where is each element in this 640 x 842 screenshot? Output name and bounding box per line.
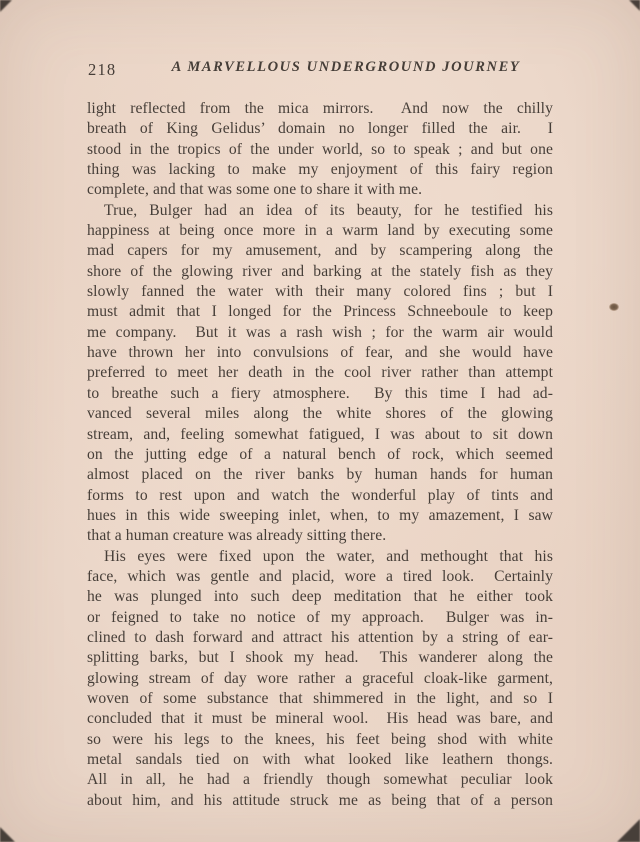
text-line: so were his legs to the knees, his feet … [87,730,553,750]
text-line: True, Bulger had an idea of its beauty, … [87,201,553,221]
text-line: he was plunged into such deep meditation… [87,587,553,607]
text-line: complete, and that was some one to share… [87,180,553,200]
text-line: me company. But it was a rash wish ; for… [87,323,553,343]
text-line: metal sandals tied on with what looked l… [87,750,553,770]
page-corner-shadow-bottom-left [0,827,15,842]
text-line: face, which was gentle and placid, wore … [87,567,553,587]
text-line: mad capers for my amusement, and by scam… [87,241,553,261]
text-line: stream, and, feeling somewhat fatigued, … [87,425,553,445]
text-line: woven of some substance that shimmered i… [87,689,553,709]
text-line: splitting barks, but I shook my head. Th… [87,648,553,668]
text-line: clined to dash forward and attract his a… [87,628,553,648]
book-page: 218 A MARVELLOUS UNDERGROUND JOURNEY lig… [0,0,640,842]
text-line: about him, and his attitude struck me as… [87,791,553,811]
text-line: vanced several miles along the white sho… [87,404,553,424]
text-line: or feigned to take no notice of my appro… [87,608,553,628]
page-corner-shadow-top-right [629,0,640,11]
page-header: 218 A MARVELLOUS UNDERGROUND JOURNEY [88,59,552,81]
text-line: breath of King Gelidus’ domain no longer… [87,119,553,139]
page-number: 218 [88,60,116,80]
page-corner-shadow-top-left [0,0,12,12]
text-line: to breathe such a fiery atmosphere. By t… [87,384,553,404]
text-line: concluded that it must be mineral wool. … [87,709,553,729]
text-line: slowly fanned the water with their many … [87,282,553,302]
text-line: happiness at being once more in a warm l… [87,221,553,241]
paragraph: His eyes were fixed upon the water, and … [87,547,553,811]
text-line: stood in the tropics of the under world,… [87,140,553,160]
text-line: almost placed on the river banks by huma… [87,465,553,485]
text-line: have thrown her into convulsions of fear… [87,343,553,363]
text-line: glowing stream of day wore rather a grac… [87,669,553,689]
foxing-spot [609,303,619,311]
text-line: forms to rest upon and watch the wonderf… [87,486,553,506]
text-line: light reflected from the mica mirrors. A… [87,99,553,119]
text-line: All in all, he had a friendly though som… [87,770,553,790]
paragraph: light reflected from the mica mirrors. A… [87,99,553,201]
paragraph: True, Bulger had an idea of its beauty, … [87,201,553,547]
text-line: thing was lacking to make my enjoyment o… [87,160,553,180]
page-corner-shadow-bottom-right [617,819,640,842]
running-title: A MARVELLOUS UNDERGROUND JOURNEY [140,59,552,76]
text-line: that a human creature was already sittin… [87,526,553,546]
text-line: on the jutting edge of a natural bench o… [87,445,553,465]
text-line: His eyes were fixed upon the water, and … [87,547,553,567]
text-line: preferred to meet her death in the cool … [87,363,553,383]
text-line: hues in this wide sweeping inlet, when, … [87,506,553,526]
text-line: shore of the glowing river and barking a… [87,262,553,282]
page-body-text: light reflected from the mica mirrors. A… [87,99,553,811]
text-line: must admit that I longed for the Princes… [87,302,553,322]
